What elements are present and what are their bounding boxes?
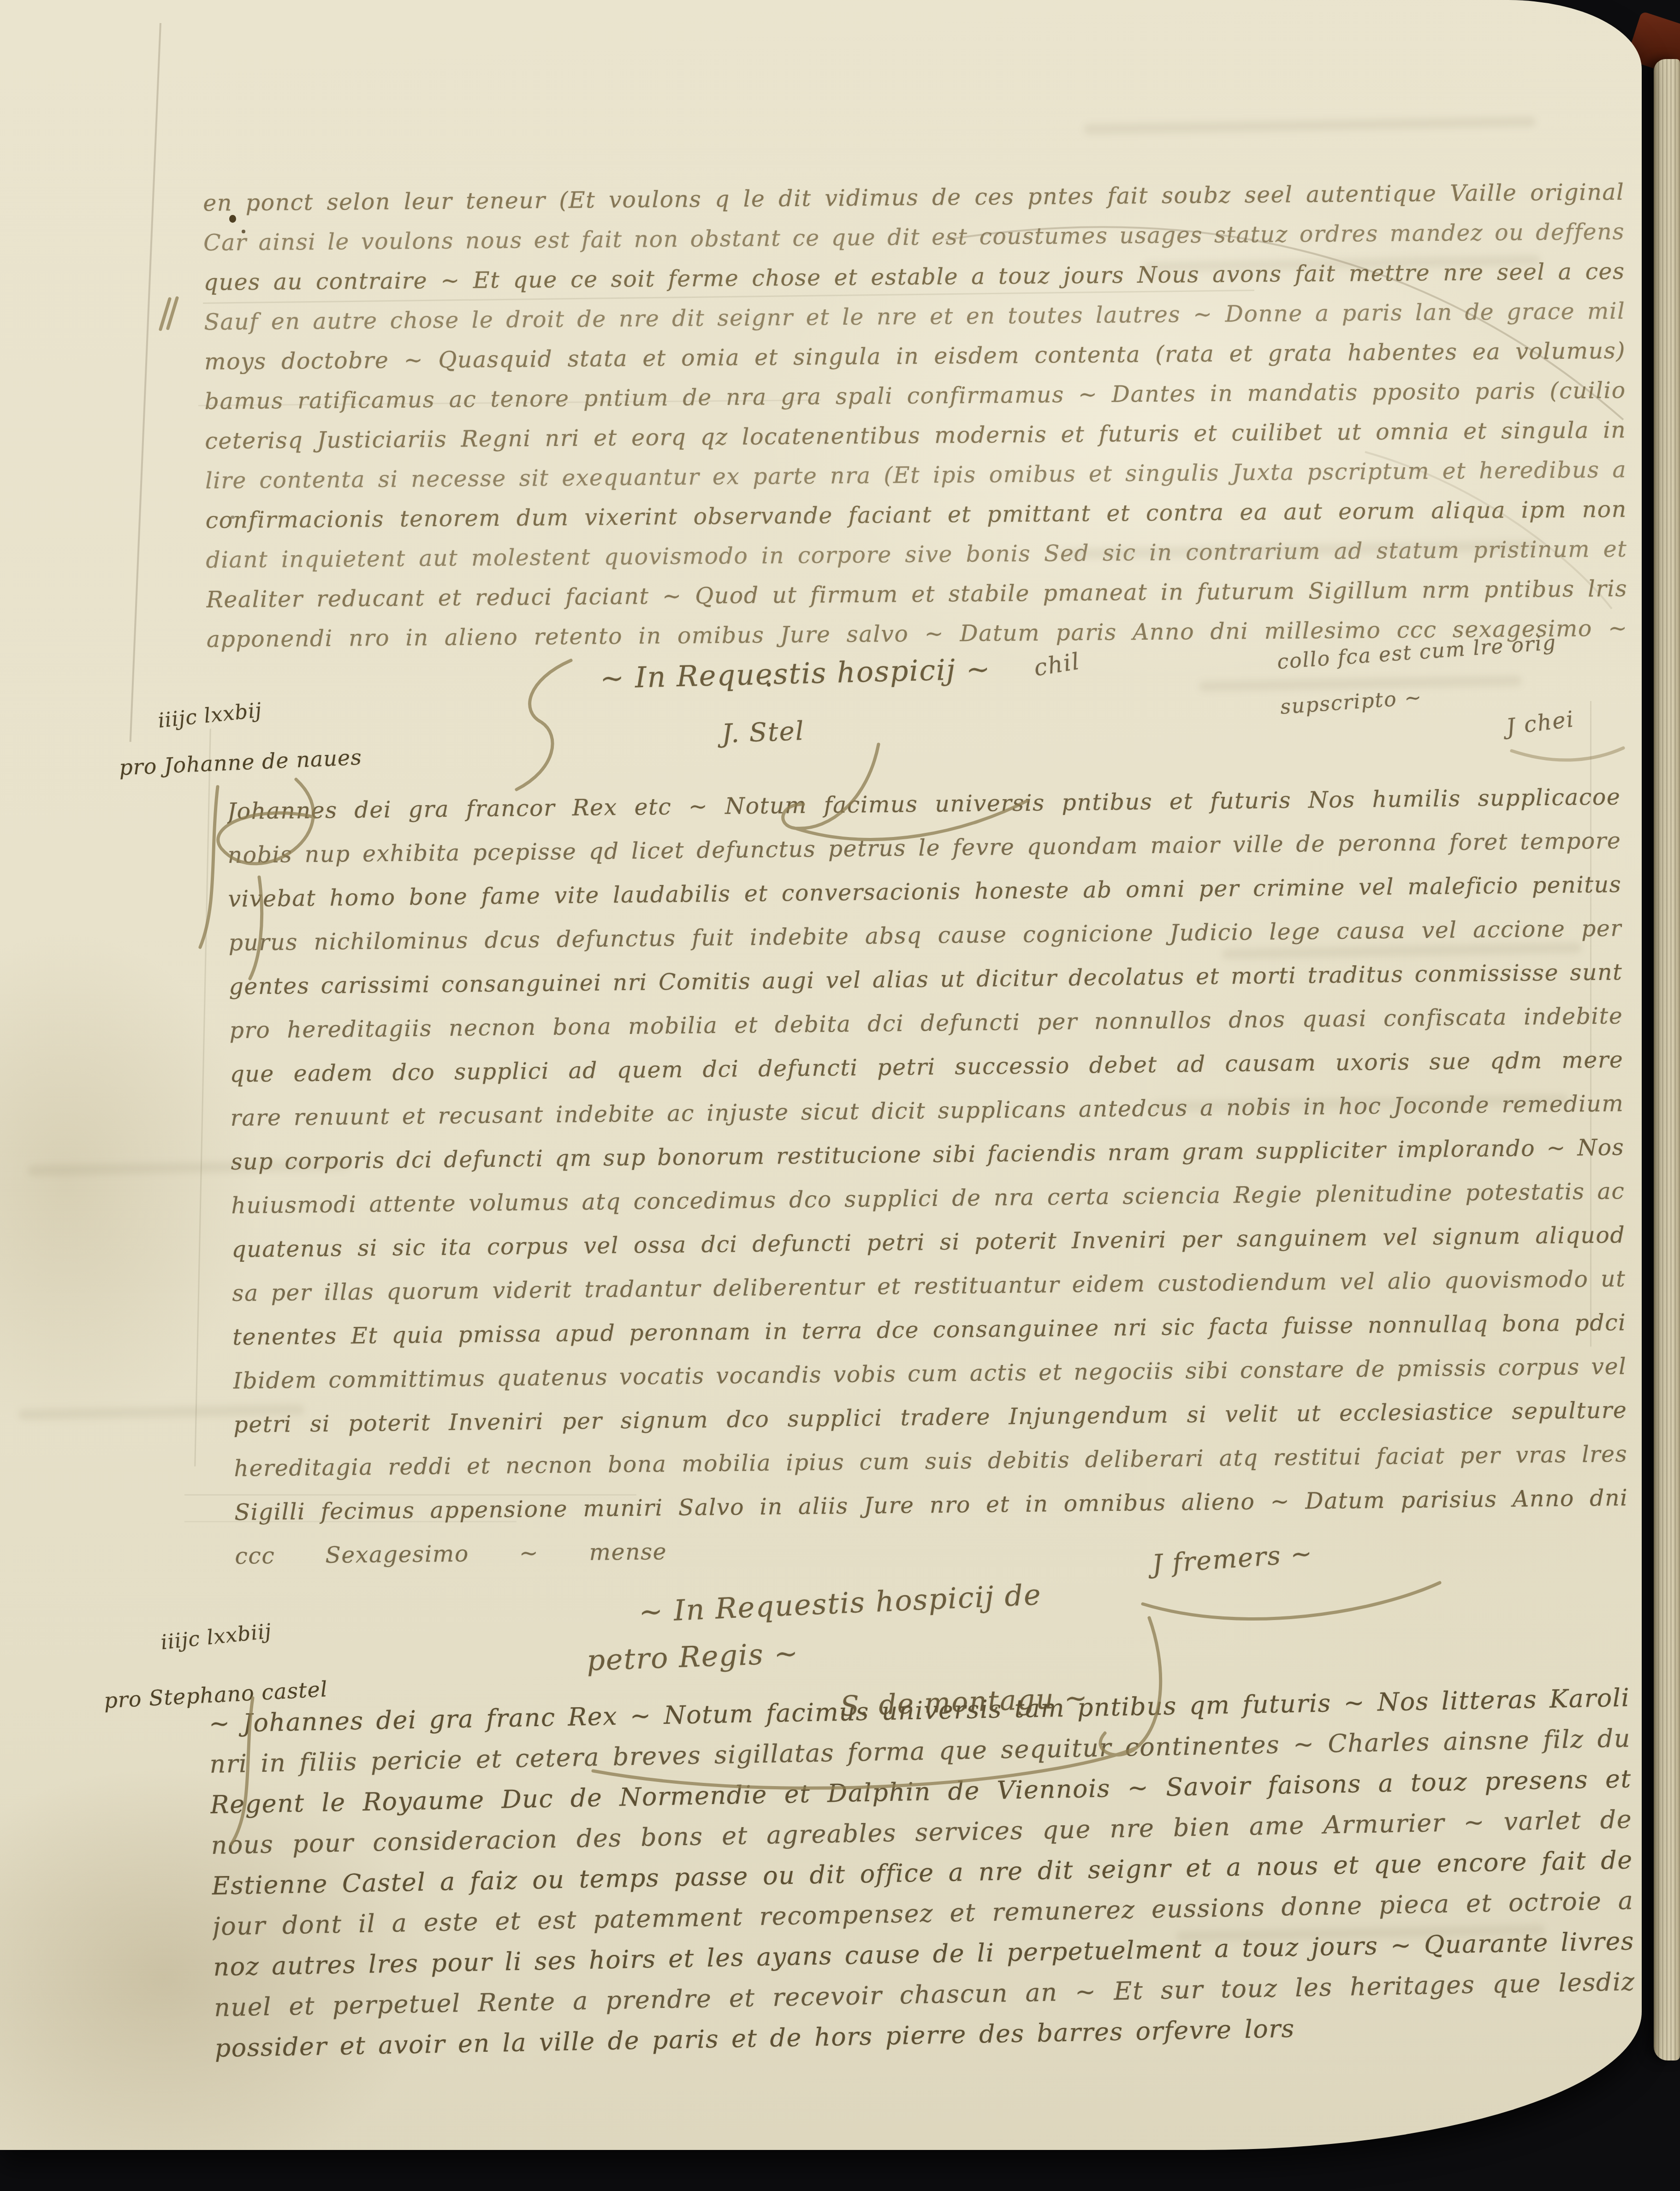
- show-through: [1084, 116, 1536, 135]
- doc2-entry-number: iiijc lxxbij: [157, 698, 263, 732]
- chei-paraph: [1512, 748, 1623, 760]
- margin-ruling-line: [130, 23, 161, 742]
- doc3-entry-number: iiijc lxxbiij: [160, 1620, 273, 1655]
- paragraph-slash-mark: [160, 298, 177, 329]
- underlying-page-edge: [1654, 59, 1680, 2060]
- doc1-clerk-signature: J. Stel: [721, 716, 805, 749]
- doc2-text-block: Johannes dei gra francor Rex etc ~ Notum…: [227, 775, 1629, 1578]
- text-line: ccc Sexagesimo ~ mense decembris ~: [235, 1530, 667, 1578]
- parchment-page: en ponct selon leur teneur (Et voulons q…: [0, 0, 1642, 2150]
- doc2-registration-heading-line2: petro Regis ~: [586, 1636, 800, 1677]
- manuscript-scan: en ponct selon leur teneur (Et voulons q…: [0, 0, 1680, 2191]
- doc2-marginal-rubric: pro Johanne de naues: [119, 745, 362, 780]
- fold-crease: [194, 729, 211, 1467]
- doc1-registration-heading: ~ In Requestis hospicij ~: [546, 651, 1045, 696]
- doc3-text-block: ~ Johannes dei gra franc Rex ~ Notum fac…: [208, 1678, 1636, 2069]
- doc2-registration-heading-line1: ~ In Requestis hospicij de: [595, 1576, 1085, 1631]
- doc1-text-block: en ponct selon leur teneur (Et voulons q…: [203, 172, 1628, 659]
- fremers-paraph: [1143, 1583, 1440, 1619]
